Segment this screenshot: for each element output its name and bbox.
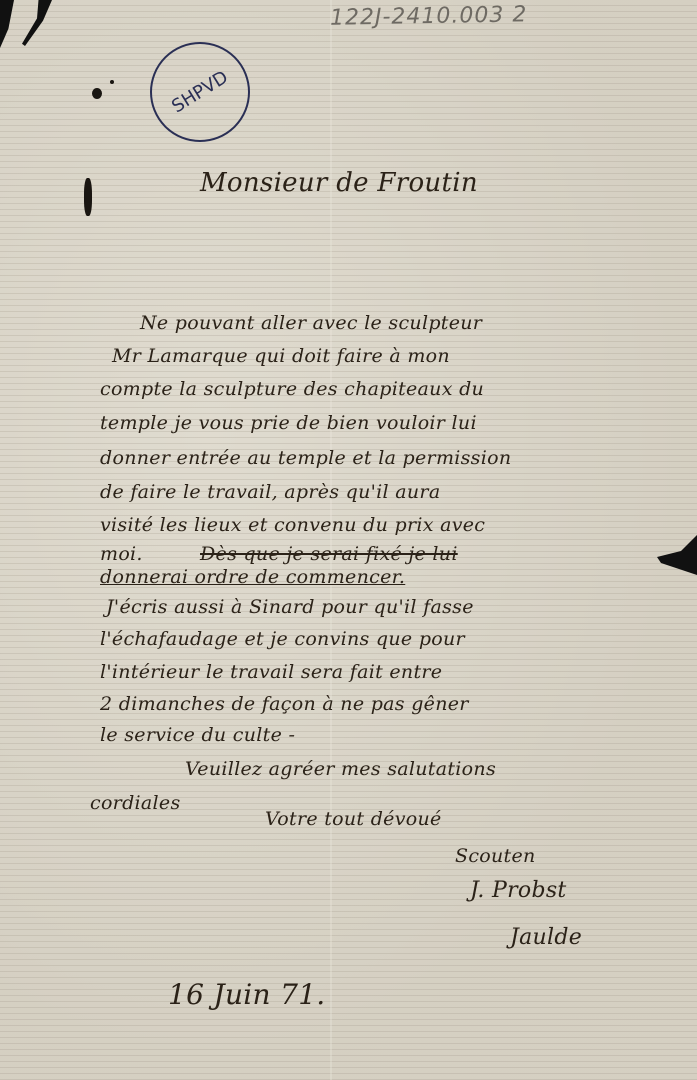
closing-line: cordiales — [90, 792, 181, 814]
signature-line: J. Probst — [470, 878, 567, 903]
archive-stamp: SHPVD — [150, 42, 250, 142]
body-line: le service du culte - — [100, 724, 295, 746]
paper-hole — [110, 80, 114, 84]
signoff: Votre tout dévoué — [265, 808, 442, 830]
body-line: moi. — [100, 543, 143, 565]
letter-page: 122J-2410.003 2 SHPVD Monsieur de Frouti… — [0, 0, 697, 1080]
body-line: J'écris aussi à Sinard pour qu'il fasse — [106, 596, 474, 618]
body-line: donner entrée au temple et la permission — [100, 447, 511, 469]
body-line: compte la sculpture des chapiteaux du — [100, 378, 484, 400]
signature-line: Scouten — [455, 845, 536, 867]
paper-hole — [84, 178, 92, 216]
letter-date: 16 Juin 71. — [168, 978, 326, 1011]
closing-line: Veuillez agréer mes salutations — [185, 758, 496, 780]
paper-fold — [330, 0, 332, 1080]
body-line: Ne pouvant aller avec le sculpteur — [140, 312, 482, 334]
body-line: temple je vous prie de bien vouloir lui — [100, 412, 477, 434]
paper-damage-right — [657, 535, 697, 575]
body-line: 2 dimanches de façon à ne pas gêner — [100, 693, 469, 715]
paper-damage-top — [22, 0, 52, 46]
archive-reference: 122J-2410.003 2 — [330, 2, 528, 30]
body-line: visité les lieux et convenu du prix avec — [100, 514, 485, 536]
body-line: l'échafaudage et je convins que pour — [100, 628, 465, 650]
salutation: Monsieur de Froutin — [200, 168, 478, 198]
signature-line: Jaulde — [510, 925, 582, 950]
body-line: Mr Lamarque qui doit faire à mon — [112, 345, 450, 367]
body-line: de faire le travail, après qu'il aura — [100, 481, 440, 503]
paper-damage-top-left — [0, 0, 14, 48]
struck-line: donnerai ordre de commencer. — [100, 566, 405, 588]
paper-hole — [92, 88, 102, 99]
body-line: l'intérieur le travail sera fait entre — [100, 661, 442, 683]
stamp-text: SHPVD — [168, 67, 232, 118]
struck-line: Dès que je serai fixé je lui — [200, 543, 458, 565]
